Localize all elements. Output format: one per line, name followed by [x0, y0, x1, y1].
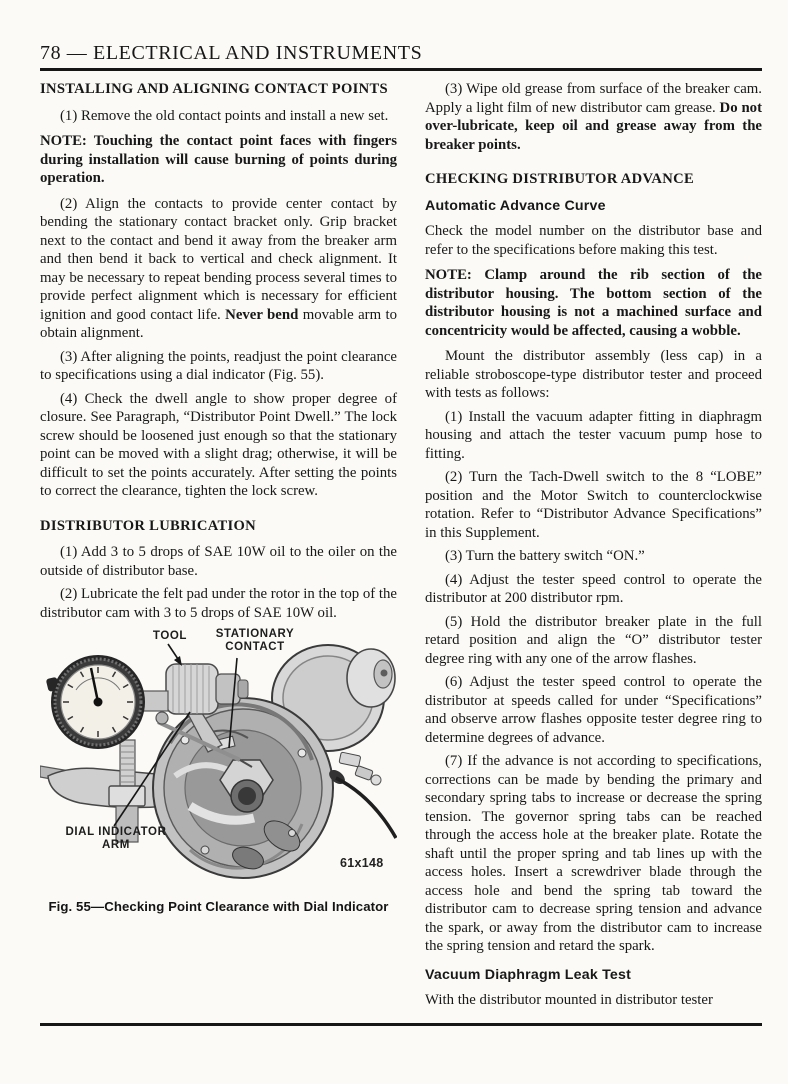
- paragraph: (3) Turn the battery switch “ON.”: [425, 547, 762, 566]
- subheading-automatic-advance-curve: Automatic Advance Curve: [425, 197, 762, 216]
- paragraph: (1) Add 3 to 5 drops of SAE 10W oil to t…: [40, 543, 397, 580]
- distributor-body: [153, 698, 333, 878]
- page-header: 78 — ELECTRICAL AND INSTRUMENTS: [40, 42, 762, 71]
- paragraph: (4) Adjust the tester speed control to o…: [425, 571, 762, 608]
- figure-label-stationary-contact: STATIONARY CONTACT: [200, 628, 310, 654]
- section-heading-installing-points: INSTALLING AND ALIGNING CONTACT POINTS: [40, 80, 397, 99]
- paragraph: (2) Align the contacts to provide center…: [40, 195, 397, 343]
- paragraph: (3) Wipe old grease from surface of the …: [425, 80, 762, 154]
- paragraph: (2) Turn the Tach-Dwell switch to the 8 …: [425, 468, 762, 542]
- housing-bolts: [339, 752, 381, 785]
- paragraph: With the distributor mounted in distribu…: [425, 991, 762, 1010]
- paragraph: (6) Adjust the tester speed control to o…: [425, 673, 762, 747]
- section-heading-distributor-lubrication: DISTRIBUTOR LUBRICATION: [40, 517, 397, 536]
- bold-text-segment: Never bend: [225, 307, 298, 323]
- paragraph: (4) Check the dwell angle to show proper…: [40, 390, 397, 501]
- left-column: INSTALLING AND ALIGNING CONTACT POINTS (…: [40, 80, 397, 917]
- subheading-vacuum-diaphragm-leak-test: Vacuum Diaphragm Leak Test: [425, 966, 762, 985]
- text-segment: (3) Wipe old grease from surface of the …: [425, 81, 762, 116]
- figure-caption: Fig. 55—Checking Point Clearance with Di…: [40, 898, 397, 917]
- paragraph: (5) Hold the distributor breaker plate i…: [425, 613, 762, 669]
- paragraph: Mount the distributor assembly (less cap…: [425, 347, 762, 403]
- page-number-and-title: 78 — ELECTRICAL AND INSTRUMENTS: [40, 42, 422, 64]
- right-column: (3) Wipe old grease from surface of the …: [425, 80, 762, 1028]
- manual-page: 78 — ELECTRICAL AND INSTRUMENTS INSTALLI…: [0, 0, 788, 1084]
- paragraph: (7) If the advance is not according to s…: [425, 752, 762, 956]
- note-paragraph: NOTE: Touching the contact point faces w…: [40, 132, 397, 188]
- paragraph: (1) Install the vacuum adapter fitting i…: [425, 408, 762, 464]
- figure-photo: TOOL STATIONARY CONTACT DIAL INDICATOR A…: [40, 628, 397, 886]
- bottom-rule: [40, 1023, 762, 1026]
- photo-id: 61x148: [340, 854, 384, 873]
- figure-label-dial-indicator-arm: DIAL INDICATOR ARM: [64, 826, 168, 852]
- paragraph: Check the model number on the distributo…: [425, 222, 762, 259]
- note-paragraph: NOTE: Clamp around the rib section of th…: [425, 266, 762, 340]
- section-heading-checking-distributor-advance: CHECKING DISTRIBUTOR ADVANCE: [425, 170, 762, 189]
- text-segment: (2) Align the contacts to provide center…: [40, 196, 397, 323]
- figure-label-tool: TOOL: [142, 630, 198, 643]
- paragraph: (3) After aligning the points, readjust …: [40, 348, 397, 385]
- paragraph: (2) Lubricate the felt pad under the rot…: [40, 585, 397, 622]
- paragraph: (1) Remove the old contact points and in…: [40, 107, 397, 126]
- dial-indicator-gauge: [46, 655, 168, 749]
